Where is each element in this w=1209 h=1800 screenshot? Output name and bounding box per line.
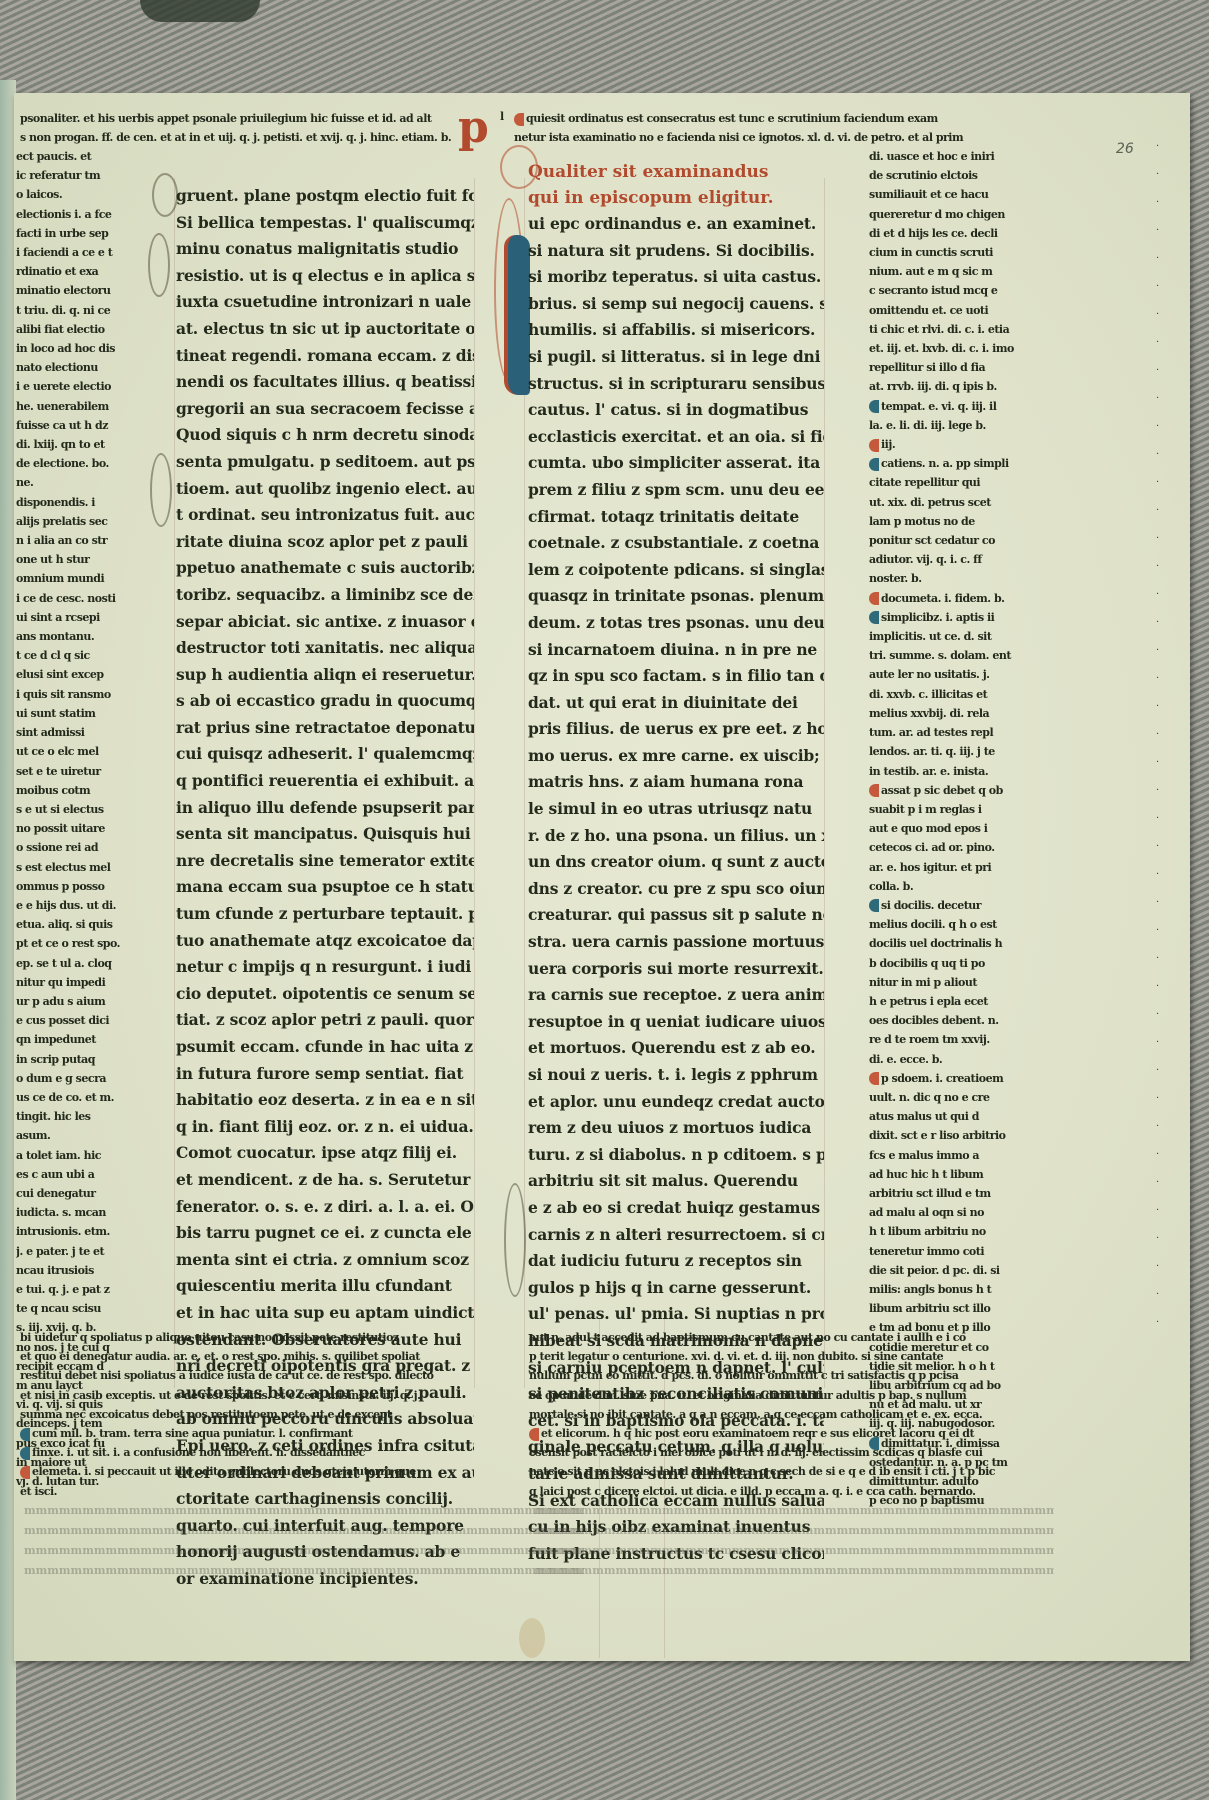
gloss-line: i e uerete electio — [16, 377, 136, 396]
main-text-line: quasqz in trinitate psonas. plenum — [528, 583, 824, 610]
gloss-line: aut e quo mod epos i — [869, 819, 1019, 838]
main-text-line: separ abiciat. sic antixe. z inuasor et — [176, 609, 474, 636]
gloss-line: nitur in mi p aliout — [869, 973, 1019, 992]
main-text-line: uera corporis sui morte resurrexit. ue — [528, 956, 824, 983]
main-text-line: at. electus tn sic ut ip auctoritate op — [176, 316, 474, 343]
gloss-line: te q ncau scisu — [16, 1299, 136, 1318]
main-text-line: psumit eccam. cfunde in hac uita z — [176, 1034, 474, 1061]
main-text-line: t ordinat. seu intronizatus fuit. aucto — [176, 502, 474, 529]
main-text-line: cui quisqz adheserit. l' qualemcmqz ta — [176, 741, 474, 768]
gloss-text: quiesit ordinatus est consecratus est tu… — [526, 112, 938, 125]
gloss-line: adiutor. vij. q. i. c. ff — [869, 550, 1019, 569]
main-text-line: Comot cuocatur. ipse atqz filij ei. — [176, 1140, 474, 1167]
gloss-line: la. e. li. di. iij. lege b. — [869, 416, 1019, 435]
bottom-gloss-left: bi uidetur q spoliatus p aliquo uitou ca… — [20, 1328, 480, 1501]
main-text-line: pris filius. de uerus ex pre eet. z ho — [528, 716, 824, 743]
gloss-line: iij. — [869, 435, 1019, 454]
main-text-line: resistio. ut is q electus e in aplica se… — [176, 263, 474, 290]
main-text-line: destructor toti xanitatis. nec aliqua — [176, 635, 474, 662]
gloss-line: c secranto istud mcq e — [869, 281, 1019, 300]
gloss-line: b docibilis q uq ti po — [869, 954, 1019, 973]
gloss-line: e e hijs dus. ut di. — [16, 896, 136, 915]
blue-paraph-icon — [869, 458, 879, 471]
gloss-line: mortale si no ibit cantate. a q a n ecca… — [529, 1405, 1029, 1424]
main-text-line: habitatio eoz deserta. z in ea e n sit — [176, 1087, 474, 1114]
gloss-line: aut n. adul t accedit ad baptismum cu ca… — [529, 1328, 1029, 1347]
gloss-line: ur p adu s aium — [16, 992, 136, 1011]
gloss-text: finxe. i. ut sit. i. a confusione non li… — [32, 1446, 365, 1459]
main-text-line: gruent. plane postqm electio fuit fca. — [176, 183, 474, 210]
main-text-line: cumta. ubo simpliciter asserat. ita — [528, 450, 824, 477]
main-text-line: ritate diuina scoz aplor pet z pauli — [176, 529, 474, 556]
main-text-line: un dns creator oium. q sunt z auctor — [528, 849, 824, 876]
gloss-line: et. iij. et. lxvb. di. c. i. imo — [869, 339, 1019, 358]
main-text-line: humilis. si affabilis. si misericors. — [528, 317, 824, 344]
main-text-line: arbitriu sit sit malus. Querendu — [528, 1168, 824, 1195]
gloss-text: catiens. n. a. pp simpli — [881, 457, 1009, 470]
gloss-line: restitui debet nisi spoliatus a iudice i… — [20, 1366, 480, 1385]
gloss-line: ar. e. hos igitur. et pri — [869, 858, 1019, 877]
gloss-marker-label: l — [500, 110, 504, 123]
rubric-heading: Qualiter sit examinandus qui in episcopu… — [528, 159, 828, 211]
gloss-line: de scrutinio elctois — [869, 166, 1019, 185]
rubric-line: Qualiter sit examinandus — [528, 159, 828, 185]
main-text-line: cio deputet. oipotentis ce senum se — [176, 981, 474, 1008]
gloss-line: summa nec excoicatus debet pos restituto… — [20, 1405, 480, 1424]
main-text-line: e z ab eo si credat huiqz gestamus — [528, 1195, 824, 1222]
gloss-line: psonaliter. et his uerbis appet psonale … — [20, 109, 460, 128]
main-text-line: fenerator. o. s. e. z diri. a. l. a. ei.… — [176, 1194, 474, 1221]
gloss-line: melius docili. q h o est — [869, 915, 1019, 934]
gloss-line: et isci. — [20, 1482, 480, 1501]
main-text-line: r. de z ho. una psona. un filius. un xpc… — [528, 823, 824, 850]
gloss-line: omittendu et. ce uoti — [869, 301, 1019, 320]
main-text-line: et mendicent. z de ha. s. Serutetur — [176, 1167, 474, 1194]
main-text-line: le simul in eo utras utriusqz natu — [528, 796, 824, 823]
gloss-line: i faciendi a ce e t — [16, 243, 136, 262]
gloss-line: etua. aliq. si quis — [16, 915, 136, 934]
gloss-line: si docilis. decetur — [869, 896, 1019, 915]
gloss-text: tempat. e. vi. q. iij. il — [881, 400, 996, 413]
gloss-line: alijs prelatis sec — [16, 512, 136, 531]
red-paraph-icon — [869, 592, 879, 605]
blue-paraph-icon — [869, 899, 879, 912]
gloss-line: ut ce o elc mel — [16, 742, 136, 761]
main-text-line: resuptoe in q ueniat iudicare uiuos — [528, 1009, 824, 1036]
gloss-line: minatio electoru — [16, 281, 136, 300]
paragraph-initial-p: p — [458, 98, 489, 158]
gloss-line: electionis i. a fce — [16, 205, 136, 224]
main-text-line: senta pmulgatu. p seditoem. aut psup — [176, 449, 474, 476]
gloss-line: ne. — [16, 473, 136, 492]
gloss-line: e tui. q. j. e pat z — [16, 1280, 136, 1299]
gloss-line: alibi fiat electio — [16, 320, 136, 339]
gloss-line: cetecos ci. ad or. pino. — [869, 838, 1019, 857]
gloss-line: j. e pater. j te et — [16, 1242, 136, 1261]
gloss-line: natc o sit p pc elctois i lalud mult dic… — [529, 1462, 1029, 1481]
gloss-line: s est electus mel — [16, 858, 136, 877]
blue-paraph-icon — [869, 400, 879, 413]
main-text-line: prem z filiu z spm scm. unu deu ee — [528, 477, 824, 504]
gloss-text: et elicorum. h q hic post eoru examinato… — [541, 1427, 974, 1440]
main-text-line: toribz. sequacibz. a liminibz sce dei ec… — [176, 582, 474, 609]
gloss-line: simplicibz. i. aptis ii — [869, 608, 1019, 627]
main-text-line: matris hns. z aiam humana rona — [528, 769, 824, 796]
gloss-line: cui denegatur — [16, 1184, 136, 1203]
gloss-line: ui sint a rcsepi — [16, 608, 136, 627]
gloss-line: ponitur sct cedatur co — [869, 531, 1019, 550]
gloss-line: facti in urbe sep — [16, 224, 136, 243]
gloss-line: omnium mundi — [16, 569, 136, 588]
gloss-line: ce op ut de d m. sine pna. it. et origin… — [529, 1386, 1029, 1405]
gloss-line: sumiliauit et ce hacu — [869, 185, 1019, 204]
main-text-line: q pontifici reuerentia ei exhibuit. aut — [176, 768, 474, 795]
gloss-line: h t libum arbitriu no — [869, 1222, 1019, 1241]
gloss-line: in loco ad hoc dis — [16, 339, 136, 358]
gloss-line: quiesit ordinatus est consecratus est tu… — [514, 109, 1034, 128]
top-gloss-right: quiesit ordinatus est consecratus est tu… — [514, 109, 1034, 147]
blue-paraph-icon — [20, 1428, 30, 1441]
main-text-line: netur c impijs q n resurgunt. i iudi — [176, 954, 474, 981]
gloss-line: o dum e g secra — [16, 1069, 136, 1088]
main-text-line: brius. si semp sui negocij cauens. si — [528, 291, 824, 318]
penwork-flourish — [150, 453, 172, 527]
gloss-text: elemeta. i. si peccauit ut ille odito qu… — [32, 1465, 416, 1478]
manuscript-leaf: 26 psonaliter. et his uerbis appet psona… — [14, 93, 1190, 1661]
gloss-line: moibus cotm — [16, 781, 136, 800]
main-text-line: structus. si in scripturaru sensibus — [528, 371, 824, 398]
gloss-line: re d te roem tm xxvij. — [869, 1030, 1019, 1049]
main-text-line: gulos p hijs q in carne gesserunt. — [528, 1275, 824, 1302]
main-text-line: coetnale. z csubstantiale. z coetna — [528, 530, 824, 557]
main-text-line: turu. z si diabolus. n p cditoem. s p — [528, 1142, 824, 1169]
gloss-line: ad malu al oqn si no — [869, 1203, 1019, 1222]
penwork-flourish — [152, 173, 178, 217]
gloss-line: us ce de co. et m. — [16, 1088, 136, 1107]
gloss-line: set e te uiretur — [16, 762, 136, 781]
gloss-line: cium in cunctis scruti — [869, 243, 1019, 262]
main-text-line: ppetuo anathemate c suis auctoribz. fau — [176, 555, 474, 582]
penwork-flourish — [148, 233, 170, 297]
gloss-line: tempat. e. vi. q. iij. il — [869, 397, 1019, 416]
gloss-line: colla. b. — [869, 877, 1019, 896]
gloss-line: nium. aut e m q sic m — [869, 262, 1019, 281]
gloss-line: rdinatio et exa — [16, 262, 136, 281]
gloss-line: di. uasce et hoc e iniri — [869, 147, 1019, 166]
gloss-line: ui sunt statim — [16, 704, 136, 723]
gloss-line: he. uenerabilem — [16, 397, 136, 416]
main-text-line: et mortuos. Querendu est z ab eo. — [528, 1035, 824, 1062]
main-text-line: nre decretalis sine temerator extiterit.… — [176, 848, 474, 875]
gloss-line: es c aun ubi a — [16, 1165, 136, 1184]
gloss-line: ep. se t ul a. cloq — [16, 954, 136, 973]
page-clip-shadow — [140, 0, 260, 22]
main-text-line: gregorii an sua secracoem fecisse agnoum… — [176, 396, 474, 423]
gloss-line: e cus posset dici — [16, 1011, 136, 1030]
gloss-line: iudicta. s. mcan — [16, 1203, 136, 1222]
ruling-line — [824, 178, 825, 1388]
gloss-line: nullum pctm co mittit. d pcs. di. o noli… — [529, 1366, 1029, 1385]
gloss-line: t triu. di. q. ni ce — [16, 301, 136, 320]
main-text-line: rem z deu uiuos z mortuos iudica — [528, 1115, 824, 1142]
right-gloss-column: di. uasce et hoc e iniride scrutinio elc… — [869, 147, 1019, 1510]
main-text-line: ul' penas. ul' pmia. Si nuptias n pro — [528, 1301, 824, 1328]
gloss-line: nato electionu — [16, 358, 136, 377]
gloss-line: ncau itrusiois — [16, 1261, 136, 1280]
main-text-line: si natura sit prudens. Si docibilis. — [528, 238, 824, 265]
gloss-line: cum mil. b. tram. terra sine aqua puniat… — [20, 1424, 480, 1443]
gloss-line: bi uidetur q spoliatus p aliquo uitou ca… — [20, 1328, 480, 1347]
gloss-line: repellitur si illo d fia — [869, 358, 1019, 377]
gloss-line: libum arbitriu sct illo — [869, 1299, 1019, 1318]
gloss-line: t ce d cl q sic — [16, 646, 136, 665]
gloss-line: di. lxiij. qn to et — [16, 435, 136, 454]
gloss-text: documeta. i. fidem. b. — [881, 592, 1005, 605]
gloss-line: ut. xix. di. petrus scet — [869, 493, 1019, 512]
gloss-line: ic referatur tm — [16, 166, 136, 185]
main-text-line: mana eccam sua psuptoe ce h statu — [176, 874, 474, 901]
main-text-line: deum. z totas tres psonas. unu deu. — [528, 610, 824, 637]
gloss-line: one ut h stur — [16, 550, 136, 569]
main-text-line: et aplor. unu eundeqz credat aucto — [528, 1089, 824, 1116]
main-text-line: menta sint ei ctria. z omnium scoz — [176, 1247, 474, 1274]
main-text-line: dat iudiciu futuru z receptos sin — [528, 1248, 824, 1275]
gloss-line: ti chic et rlvi. di. c. i. etia — [869, 320, 1019, 339]
top-gloss-left: psonaliter. et his uerbis appet psonale … — [20, 109, 460, 147]
gloss-line: melius xxvbij. di. rela — [869, 704, 1019, 723]
gloss-line: q laici post c dicere elctoi. ut dicia. … — [529, 1482, 1029, 1501]
main-text-line: in futura furore semp sentiat. fiat — [176, 1061, 474, 1088]
gloss-line: di. xxvb. c. illicitas et — [869, 685, 1019, 704]
gloss-line: qn impedunet — [16, 1030, 136, 1049]
main-text-line: nendi os facultates illius. q beatissimi — [176, 369, 474, 396]
main-text-line: et in hac uita sup eu aptam uindicta — [176, 1300, 474, 1327]
gloss-line: p terit legatur o centurione. xvi. d. vi… — [529, 1347, 1029, 1366]
ruling-line — [174, 178, 175, 1388]
main-text-line: stra. uera carnis passione mortuus. — [528, 929, 824, 956]
gloss-line: fcs e malus immo a — [869, 1146, 1019, 1165]
gloss-line: s non progan. ff. de cen. et at in et ui… — [20, 128, 460, 147]
parchment-stain — [519, 1618, 545, 1658]
gloss-line: netur ista examinatio no e facienda nisi… — [514, 128, 1034, 147]
gloss-line: lam p motus no de — [869, 512, 1019, 531]
red-paraph-icon — [869, 784, 879, 797]
gloss-line: di et d hijs les ce. decli — [869, 224, 1019, 243]
gloss-line: ad huc hic h t libum — [869, 1165, 1019, 1184]
pricking-holes: ········································… — [1156, 133, 1159, 1337]
gloss-line: dixit. sct e r liso arbitrio — [869, 1126, 1019, 1145]
blue-initial-q — [504, 235, 530, 395]
gloss-line: sint admissi — [16, 723, 136, 742]
main-text-line: quiescentiu merita illu cfundant — [176, 1273, 474, 1300]
penwork-flourish — [504, 1183, 526, 1297]
main-text-line: bis tarru pugnet ce ei. z cuncta ele — [176, 1220, 474, 1247]
gloss-line: suabit p i m reglas i — [869, 800, 1019, 819]
rubric-line: qui in episcopum eligitur. — [528, 185, 828, 211]
main-text-line: ecclasticis exercitat. et an oia. si fid… — [528, 424, 824, 451]
main-text-line: senta sit mancipatus. Quisquis hui — [176, 821, 474, 848]
gloss-letter-marker: l — [500, 107, 514, 126]
gloss-line: ommus p posso — [16, 877, 136, 896]
gloss-text: cum mil. b. tram. terra sine aqua puniat… — [32, 1427, 353, 1440]
gloss-line: citate repellitur qui — [869, 473, 1019, 492]
gloss-line: noster. b. — [869, 569, 1019, 588]
gloss-line: h e petrus i epla ecet — [869, 992, 1019, 1011]
gloss-line: in scrip putaq — [16, 1050, 136, 1069]
gloss-line: teneretur immo coti — [869, 1242, 1019, 1261]
gloss-line: o ssione rei ad — [16, 838, 136, 857]
gloss-line: di. e. ecce. b. — [869, 1050, 1019, 1069]
main-text-line: Si bellica tempestas. l' qualiscumqz ho — [176, 210, 474, 237]
red-paraph-icon — [869, 1072, 879, 1085]
gloss-line: no possit uitare — [16, 819, 136, 838]
gloss-line: et nisi in casib exceptis. ut e de rest … — [20, 1386, 480, 1405]
main-text-line: tioem. aut quolibz ingenio elect. aut — [176, 476, 474, 503]
main-text-line: tuo anathemate atqz excoicatoe dap — [176, 928, 474, 955]
gloss-line: tum. ar. ad testes repl — [869, 723, 1019, 742]
gloss-line: milis: angls bonus h t — [869, 1280, 1019, 1299]
gloss-line: p sdoem. i. creatioem — [869, 1069, 1019, 1088]
main-text-line: si moribz teperatus. si uita castus. si … — [528, 264, 824, 291]
gloss-line: intrusionis. etm. — [16, 1222, 136, 1241]
gloss-text: simplicibz. i. aptis ii — [881, 611, 994, 624]
gloss-line: o laicos. — [16, 185, 136, 204]
main-text-line: q in. fiant filij eoz. or. z n. ei uidua… — [176, 1114, 474, 1141]
gloss-line: documeta. i. fidem. b. — [869, 589, 1019, 608]
main-text-line: dns z creator. cu pre z spu sco oium — [528, 876, 824, 903]
gloss-line: ect paucis. et — [16, 147, 136, 166]
gloss-line: n i alia an co str — [16, 531, 136, 550]
gloss-line: implicitis. ut ce. d. sit — [869, 627, 1019, 646]
main-text-line: iuxta csuetudine intronizari n uale — [176, 289, 474, 316]
show-through-text: mmmmmmmmmmmmmmmmmmmmmmmmmmmmmmmmmmmmmmmm… — [24, 1501, 584, 1581]
main-text-line: dat. ut qui erat in diuinitate dei — [528, 690, 824, 717]
gloss-line: elemeta. i. si peccauit ut ille odito qu… — [20, 1462, 480, 1481]
main-text-line: cautus. l' catus. si in dogmatibus — [528, 397, 824, 424]
gloss-line: uult. n. dic q no e cre — [869, 1088, 1019, 1107]
main-text-line: in aliquo illu defende psupserit pari — [176, 795, 474, 822]
gloss-line: nitur qu impedi — [16, 973, 136, 992]
gloss-line: assat p sic debet q ob — [869, 781, 1019, 800]
main-text-line: cfirmat. totaqz trinitatis deitate — [528, 504, 824, 531]
red-paraph-icon — [20, 1466, 30, 1479]
bottom-gloss-right: aut n. adul t accedit ad baptismum cu ca… — [529, 1328, 1029, 1501]
gloss-line: quereretur d mo chigen — [869, 205, 1019, 224]
gloss-line: a tolet iam. hic — [16, 1146, 136, 1165]
gloss-line: fuisse ca ut h dz — [16, 416, 136, 435]
gloss-text: si docilis. decetur — [881, 899, 981, 912]
gloss-line: et elicorum. h q hic post eoru examinato… — [529, 1424, 1029, 1443]
gloss-line: de electione. bo. — [16, 454, 136, 473]
gloss-line: finxe. i. ut sit. i. a confusione non li… — [20, 1443, 480, 1462]
folio-number: 26 — [1116, 141, 1134, 157]
main-text-line: si pugil. si litteratus. si in lege dni … — [528, 344, 824, 371]
gloss-line: elusi sint excep — [16, 665, 136, 684]
main-text-line: lem z coipotente pdicans. si singlas — [528, 557, 824, 584]
gloss-line: tingit. hic les — [16, 1107, 136, 1126]
red-paraph-icon — [529, 1428, 539, 1441]
main-text-line: ui epc ordinandus e. an examinet. — [528, 211, 824, 238]
gloss-line: lendos. ar. ti. q. iij. j te — [869, 742, 1019, 761]
main-text-line: s ab oi eccastico gradu in quocumqz fue — [176, 688, 474, 715]
show-through-text: mmmmmmmmmmmmmmmmmmmmmmmmmmmmmmmmmmmmmmmm… — [534, 1501, 1054, 1581]
gloss-line: tri. summe. s. dolam. ent — [869, 646, 1019, 665]
main-text-line: creaturar. qui passus sit p salute no — [528, 902, 824, 929]
blue-paraph-icon — [20, 1447, 30, 1460]
gloss-line: disponendis. i — [16, 493, 136, 512]
gloss-line: atus malus ut qui d — [869, 1107, 1019, 1126]
left-gloss-column: ect paucis. etic referatur tmo laicos.el… — [16, 147, 136, 1491]
main-text-line: rat prius sine retractatoe deponatur. — [176, 715, 474, 742]
gloss-line: s e ut si electus — [16, 800, 136, 819]
main-text-line: tineat regendi. romana eccam. z dispo — [176, 343, 474, 370]
gloss-line: docilis uel doctrinalis h — [869, 934, 1019, 953]
gloss-line: esensit post racielcto i mel obice poti … — [529, 1443, 1029, 1462]
gloss-line: at. rrvb. iij. di. q ipis b. — [869, 377, 1019, 396]
blue-paraph-icon — [869, 611, 879, 624]
gloss-line: i quis sit ransmo — [16, 685, 136, 704]
gloss-text: iij. — [881, 438, 895, 451]
gloss-line: asum. — [16, 1126, 136, 1145]
main-text-line: sup h audientia aliqn ei reseruetur. — [176, 662, 474, 689]
gloss-line: oes docibles debent. n. — [869, 1011, 1019, 1030]
main-text-line: Quod siquis c h nrm decretu sinodali — [176, 422, 474, 449]
main-text-line: si incarnatoem diuina. n in pre ne — [528, 637, 824, 664]
gloss-line: i ce de cesc. nosti — [16, 589, 136, 608]
gloss-line: die sit peior. d pc. di. si — [869, 1261, 1019, 1280]
main-text-line: minu conatus malignitatis studio — [176, 236, 474, 263]
gloss-line: catiens. n. a. pp simpli — [869, 454, 1019, 473]
main-text-line: tiat. z scoz aplor petri z pauli. quor — [176, 1007, 474, 1034]
gloss-text: assat p sic debet q ob — [881, 784, 1003, 797]
main-text-line: tum cfunde z perturbare teptauit. ppe — [176, 901, 474, 928]
red-paraph-icon — [869, 439, 879, 452]
gloss-line: pt et ce o rest spo. — [16, 934, 136, 953]
main-text-line: carnis z n alteri resurrectoem. si cre — [528, 1222, 824, 1249]
gloss-line: et quo ei denegatur audia. ar. e. et. o … — [20, 1347, 480, 1366]
red-paraph-icon — [514, 113, 524, 126]
main-text-line: mo uerus. ex mre carne. ex uiscib; — [528, 743, 824, 770]
gloss-line: ans montanu. — [16, 627, 136, 646]
gloss-text: p sdoem. i. creatioem — [881, 1072, 1003, 1085]
main-text-line: qz in spu sco factam. s in filio tan cre — [528, 663, 824, 690]
main-text-line: ra carnis sue receptoe. z uera anime — [528, 982, 824, 1009]
gloss-line: arbitriu sct illud e tm — [869, 1184, 1019, 1203]
gloss-line: aute ler no usitatis. j. — [869, 665, 1019, 684]
main-text-line: si noui z ueris. t. i. legis z pphrum — [528, 1062, 824, 1089]
gloss-line: in testib. ar. e. inista. — [869, 762, 1019, 781]
ruling-line — [474, 178, 475, 1388]
